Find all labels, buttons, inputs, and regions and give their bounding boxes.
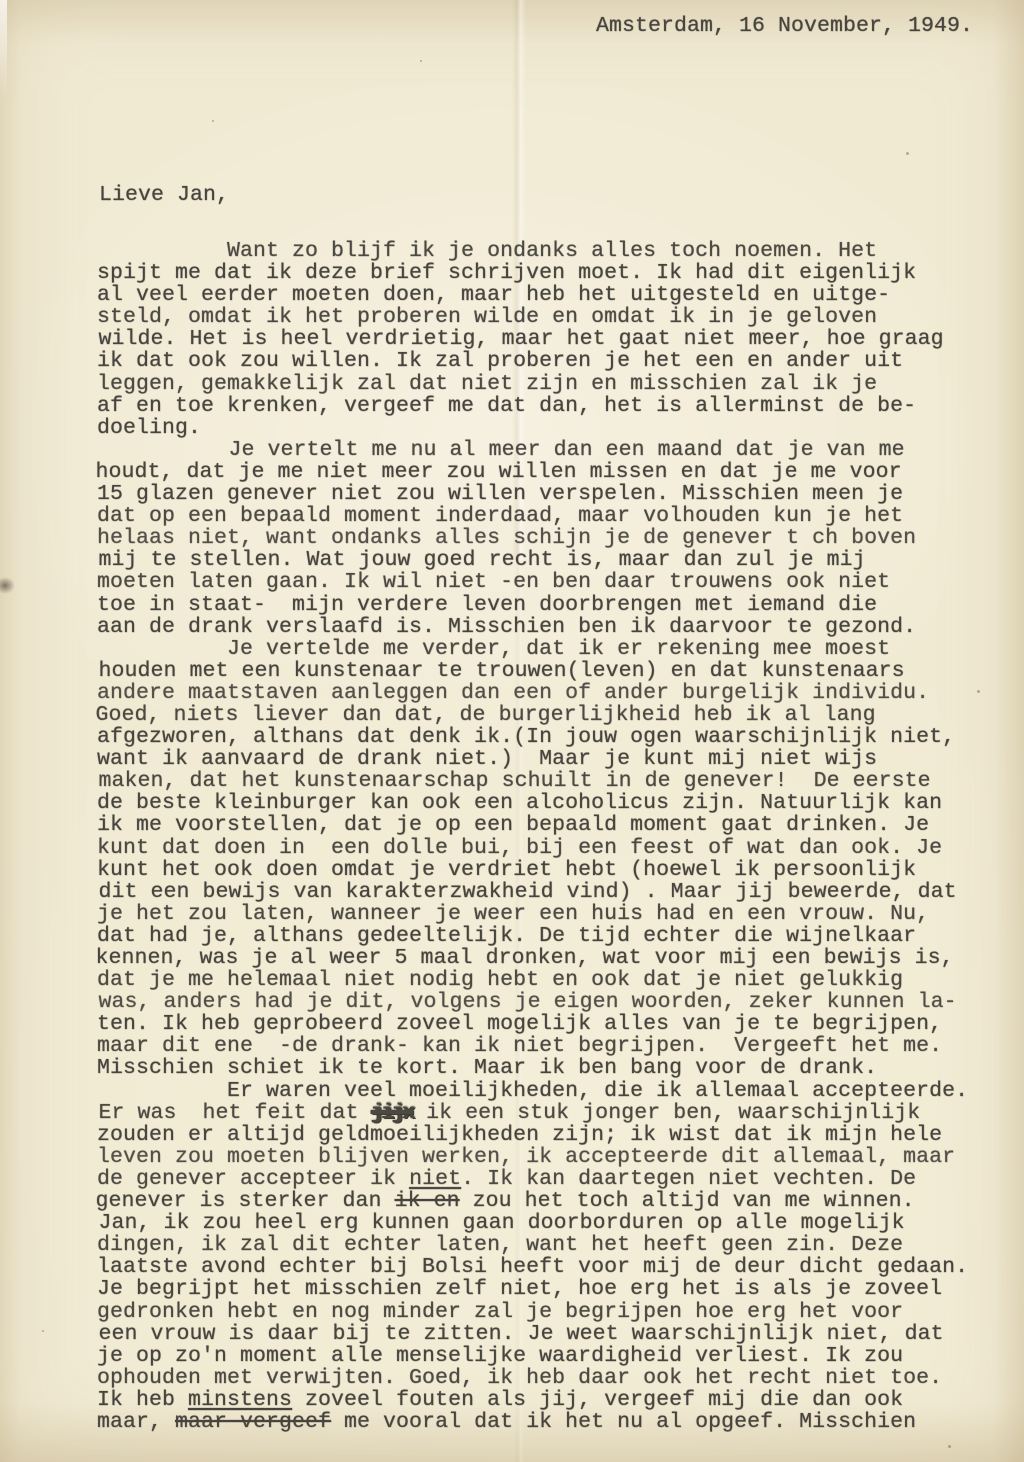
letter-line: dit een bewijs van karakterzwakheid vind… (99, 881, 999, 903)
letter-line: Goed, niets liever dan dat, de burgerlij… (96, 704, 996, 726)
underlined-word: niet (409, 1167, 461, 1191)
strikethrough-text: maar vergeef (175, 1410, 331, 1434)
letter-line: Jan, ik zou heel erg kunnen gaan doorbor… (99, 1212, 999, 1234)
letter-line: maken, dat het kunstenaarschap schuilt i… (99, 770, 999, 792)
letter-line: helaas niet, want ondanks alles schijn j… (97, 527, 997, 549)
letter-line: steld, omdat ik het proberen wilde en om… (97, 306, 997, 328)
letter-line: genever is sterker dan ik en zou het toc… (96, 1190, 996, 1212)
paper-speck (420, 60, 422, 62)
letter-line: doeling. (97, 417, 997, 439)
letter-salutation: Lieve Jan, (99, 183, 229, 207)
letter-line: dat op een bepaald moment inderdaad, maa… (97, 505, 997, 527)
letter-line: ik me voorstellen, dat je op een bepaald… (97, 814, 997, 836)
letter-line: was, anders had je dit, volgens je eigen… (99, 991, 999, 1013)
letter-line: kunt het ook doen omdat je verdriet hebt… (97, 859, 997, 881)
letter-line: houden met een kunstenaar te trouwen(lev… (99, 660, 999, 682)
letter-line: Er was het feit dat jijx ik een stuk jon… (99, 1102, 999, 1124)
letter-line: kennen, was je al weer 5 maal dronken, w… (96, 947, 996, 969)
letter-line: Misschien schiet ik te kort. Maar ik ben… (97, 1057, 997, 1079)
letter-line: je het zou laten, wanneer je weer een hu… (97, 903, 997, 925)
letter-line: gedronken hebt en nog minder zal je begr… (97, 1301, 997, 1323)
underlined-word: minstens (188, 1388, 292, 1412)
letter-line: mij te stellen. Wat jouw goed recht is, … (99, 549, 999, 571)
letter-line: wilde. Het is heel verdrietig, maar het … (99, 328, 999, 350)
letter-line: maar dit ene -de drank- kan ik niet begr… (97, 1035, 997, 1057)
letter-line: spijt me dat ik deze brief schrijven moe… (97, 262, 997, 284)
letter-line: de genever accepteer ik niet. Ik kan daa… (97, 1168, 997, 1190)
letter-line: al veel eerder moeten doen, maar heb het… (97, 284, 997, 306)
letter-line: toe in staat- mijn verdere leven doorbre… (97, 594, 997, 616)
letter-line: afgezworen, althans dat denk ik.(In jouw… (97, 726, 997, 748)
ink-smudge (0, 577, 15, 594)
letter-line: moeten laten gaan. Ik wil niet -en ben d… (97, 571, 997, 593)
letter-line: ten. Ik heb geprobeerd zoveel mogelijk a… (97, 1013, 997, 1035)
paper-speck (42, 1330, 44, 1332)
paper-speck (212, 120, 214, 122)
letter-line: ik dat ook zou willen. Ik zal proberen j… (97, 350, 997, 372)
letter-line: de beste kleinburger kan ook een alcohol… (97, 792, 997, 814)
letter-line: je op zo'n moment alle menselijke waardi… (97, 1345, 997, 1367)
letter-line: Je vertelt me nu al meer dan een maand d… (99, 439, 999, 461)
letter-line: dat had je, althans gedeeltelijk. De tij… (97, 925, 997, 947)
letter-line: Je vertelde me verder, dat ik er rekenin… (97, 638, 997, 660)
letter-line: Er waren veel moeilijkheden, die ik alle… (97, 1080, 997, 1102)
letter-body: Want zo blijf ik je ondanks alles toch n… (97, 240, 997, 1433)
letter-line: houdt, dat je me niet meer zou willen mi… (96, 461, 996, 483)
strikethrough-text: ik en (395, 1189, 460, 1213)
letter-line: een vrouw is daar bij te zitten. Je weet… (99, 1323, 999, 1345)
letter-line: laatste avond echter bij Bolsi heeft voo… (97, 1256, 997, 1278)
letter-line: 15 glazen genever niet zou willen verspe… (97, 483, 997, 505)
letter-line: Want zo blijf ik je ondanks alles toch n… (97, 240, 997, 262)
letter-line: dingen, ik zal dit echter laten, want he… (97, 1234, 997, 1256)
letter-line: Je begrijpt het misschien zelf niet, hoe… (97, 1278, 997, 1300)
letter-line: leggen, gemakkelijk zal dat niet zijn en… (97, 373, 997, 395)
letter-line: kunt dat doen in een dolle bui, bij een … (97, 837, 997, 859)
letter-line: leven zou moeten blijven werken, ik acce… (97, 1146, 997, 1168)
letter-line: andere maatstaven aanleggen dan een of a… (97, 682, 997, 704)
letter-line: aan de drank verslaafd is. Misschien ben… (97, 616, 997, 638)
letter-line: ophouden met verwijten. Goed, ik heb daa… (97, 1367, 997, 1389)
letter-line: Ik heb minstens zoveel fouten als jij, v… (97, 1389, 997, 1411)
scan-edge-highlight (0, 0, 7, 100)
letter-line: af en toe krenken, vergeef me dat dan, h… (97, 395, 997, 417)
letter-line: dat je me helemaal niet nodig hebt en oo… (97, 969, 997, 991)
letter-line: maar, maar vergeef me vooral dat ik het … (97, 1411, 997, 1433)
letter-date: Amsterdam, 16 November, 1949. (596, 14, 973, 38)
struck-out-word: jijx (372, 1101, 414, 1125)
paper-speck (948, 1445, 951, 1448)
paper-speck (906, 152, 909, 155)
letter-line: zouden er altijd geldmoeilijkheden zijn;… (97, 1124, 997, 1146)
letter-line: want ik aanvaard de drank niet.) Maar je… (97, 748, 997, 770)
letter-page: Amsterdam, 16 November, 1949. Lieve Jan,… (0, 0, 1024, 1462)
